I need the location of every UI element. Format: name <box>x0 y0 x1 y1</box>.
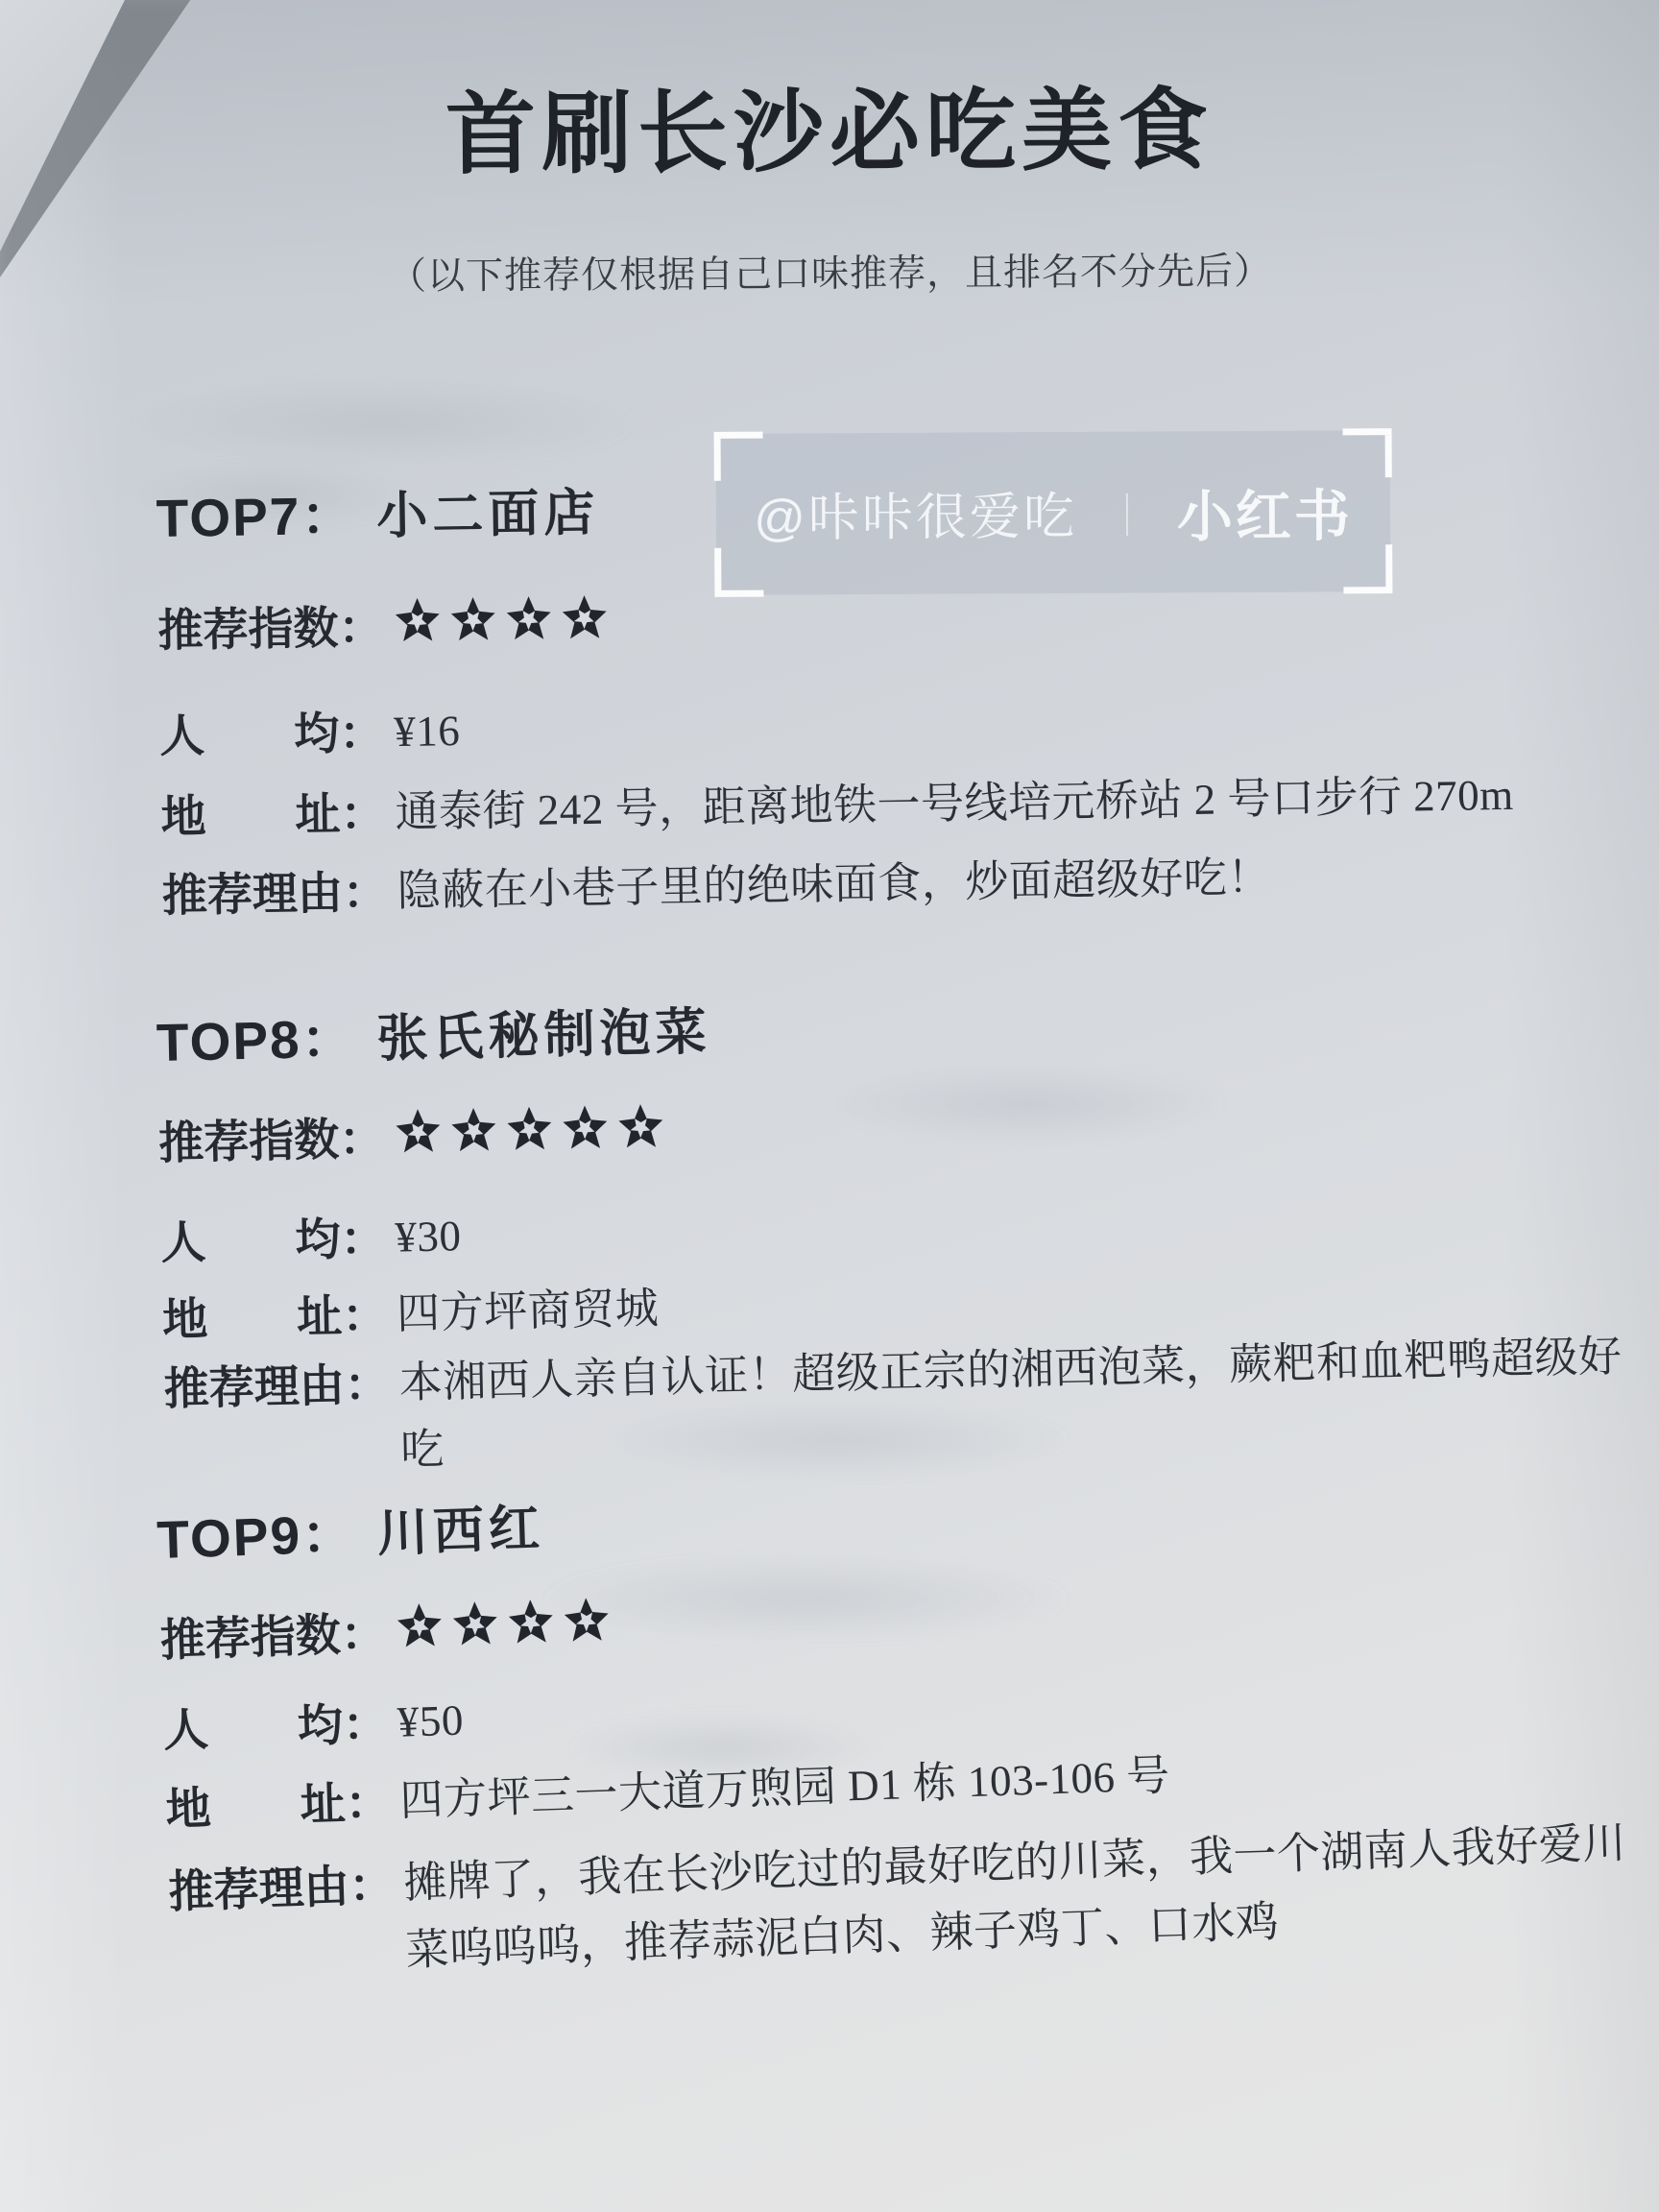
reason-label: 推荐理由： <box>167 1849 395 1921</box>
rating-line: 推荐指数： <box>157 572 1637 660</box>
star-icon <box>506 595 552 641</box>
star-icon <box>506 1105 552 1151</box>
star-icon <box>562 1104 608 1150</box>
entry-heading: TOP7：小二面店 <box>156 469 600 552</box>
reason-value: 本湘西人亲自认证！超级正宗的湘西泡菜，蕨粑和血粑鸭超级好吃 <box>398 1322 1645 1483</box>
address-line: 地址： 通泰街 242 号，距离地铁一号线培元桥站 2 号口步行 270m <box>160 758 1640 850</box>
star-icon <box>396 1108 442 1154</box>
star-icon <box>395 596 441 642</box>
star-rating <box>395 594 608 642</box>
address-label: 地址： <box>165 1767 392 1839</box>
entry-rank: TOP9： <box>156 1503 357 1570</box>
page-title: 首刷长沙必吃美食 <box>0 55 1659 195</box>
reason-label: 推荐理由： <box>163 1349 390 1418</box>
reason-line: 推荐理由： 隐蔽在小巷子里的绝味面食，炒面超级好吃！ <box>161 837 1641 928</box>
paper-page: 首刷长沙必吃美食 （以下推荐仅根据自己口味推荐，且排名不分先后） @咔咔很爱吃 … <box>0 0 1659 2212</box>
entry-heading: TOP8：张氏秘制泡菜 <box>156 988 711 1076</box>
watermark-badge: @咔咔很爱吃 ｜ 小红书 <box>716 430 1391 595</box>
price-value: ¥16 <box>394 679 1639 765</box>
star-icon <box>508 1598 555 1645</box>
star-rating <box>396 1102 664 1153</box>
star-icon <box>450 595 496 641</box>
page-subtitle: （以下推荐仅根据自己口味推荐，且排名不分先后） <box>1 239 1659 303</box>
star-rating <box>397 1596 610 1647</box>
entry-shop-name: 川西红 <box>376 1502 545 1563</box>
photo-of-printed-page: { "page": { "title": "首刷长沙必吃美食", "subtit… <box>0 0 1659 2212</box>
address-label: 地址： <box>161 1280 387 1349</box>
reason-value: 隐蔽在小巷子里的绝味面食，炒面超级好吃！ <box>397 838 1641 925</box>
xiaohongshu-logo: 小红书 <box>1177 470 1353 552</box>
star-icon <box>617 1102 663 1148</box>
watermark-separator: ｜ <box>1106 481 1148 542</box>
entry-shop-name: 小二面店 <box>376 486 600 545</box>
rating-label: 推荐指数： <box>157 1103 384 1172</box>
star-icon <box>452 1599 499 1647</box>
address-value: 通泰街 242 号，距离地铁一号线培元桥站 2 号口步行 270m <box>395 759 1640 846</box>
reason-line: 推荐理由： 摊牌了，我在长沙吃过的最好吃的川菜，我一个湖南人我好爱川菜呜呜呜，推… <box>167 1808 1649 1992</box>
price-line: 人均： ¥16 <box>159 678 1639 769</box>
address-label: 地址： <box>160 778 386 846</box>
rating-label: 推荐指数： <box>157 591 384 660</box>
entry-rank: TOP7： <box>156 486 356 548</box>
page-header: 首刷长沙必吃美食 （以下推荐仅根据自己口味推荐，且排名不分先后） <box>0 0 1658 5</box>
rating-label: 推荐指数： <box>159 1598 387 1670</box>
star-icon <box>451 1106 497 1152</box>
entry-rank: TOP8： <box>156 1008 356 1072</box>
price-label: 人均： <box>162 1688 389 1760</box>
price-label: 人均： <box>159 697 385 765</box>
star-icon <box>397 1601 444 1648</box>
star-icon <box>562 594 608 640</box>
reason-label: 推荐理由： <box>161 856 388 925</box>
entry-shop-name: 张氏秘制泡菜 <box>376 1004 711 1068</box>
reason-value: 摊牌了，我在长沙吃过的最好吃的川菜，我一个湖南人我好爱川菜呜呜呜，推荐蒜泥白肉、… <box>402 1809 1649 1984</box>
entry-heading: TOP9：川西红 <box>156 1485 545 1574</box>
watermark-bracket-top-left-icon <box>714 432 763 481</box>
food-entry-top8: TOP8：张氏秘制泡菜 推荐指数： 人均： ¥30 地址： 四方坪商贸城 推荐理… <box>156 968 1634 1000</box>
price-label: 人均： <box>160 1203 386 1272</box>
watermark-bracket-top-right-icon <box>1343 428 1392 477</box>
bleed-through-smudge <box>125 379 643 466</box>
watermark-user-handle: @咔咔很爱吃 <box>754 476 1077 551</box>
star-icon <box>564 1596 611 1643</box>
